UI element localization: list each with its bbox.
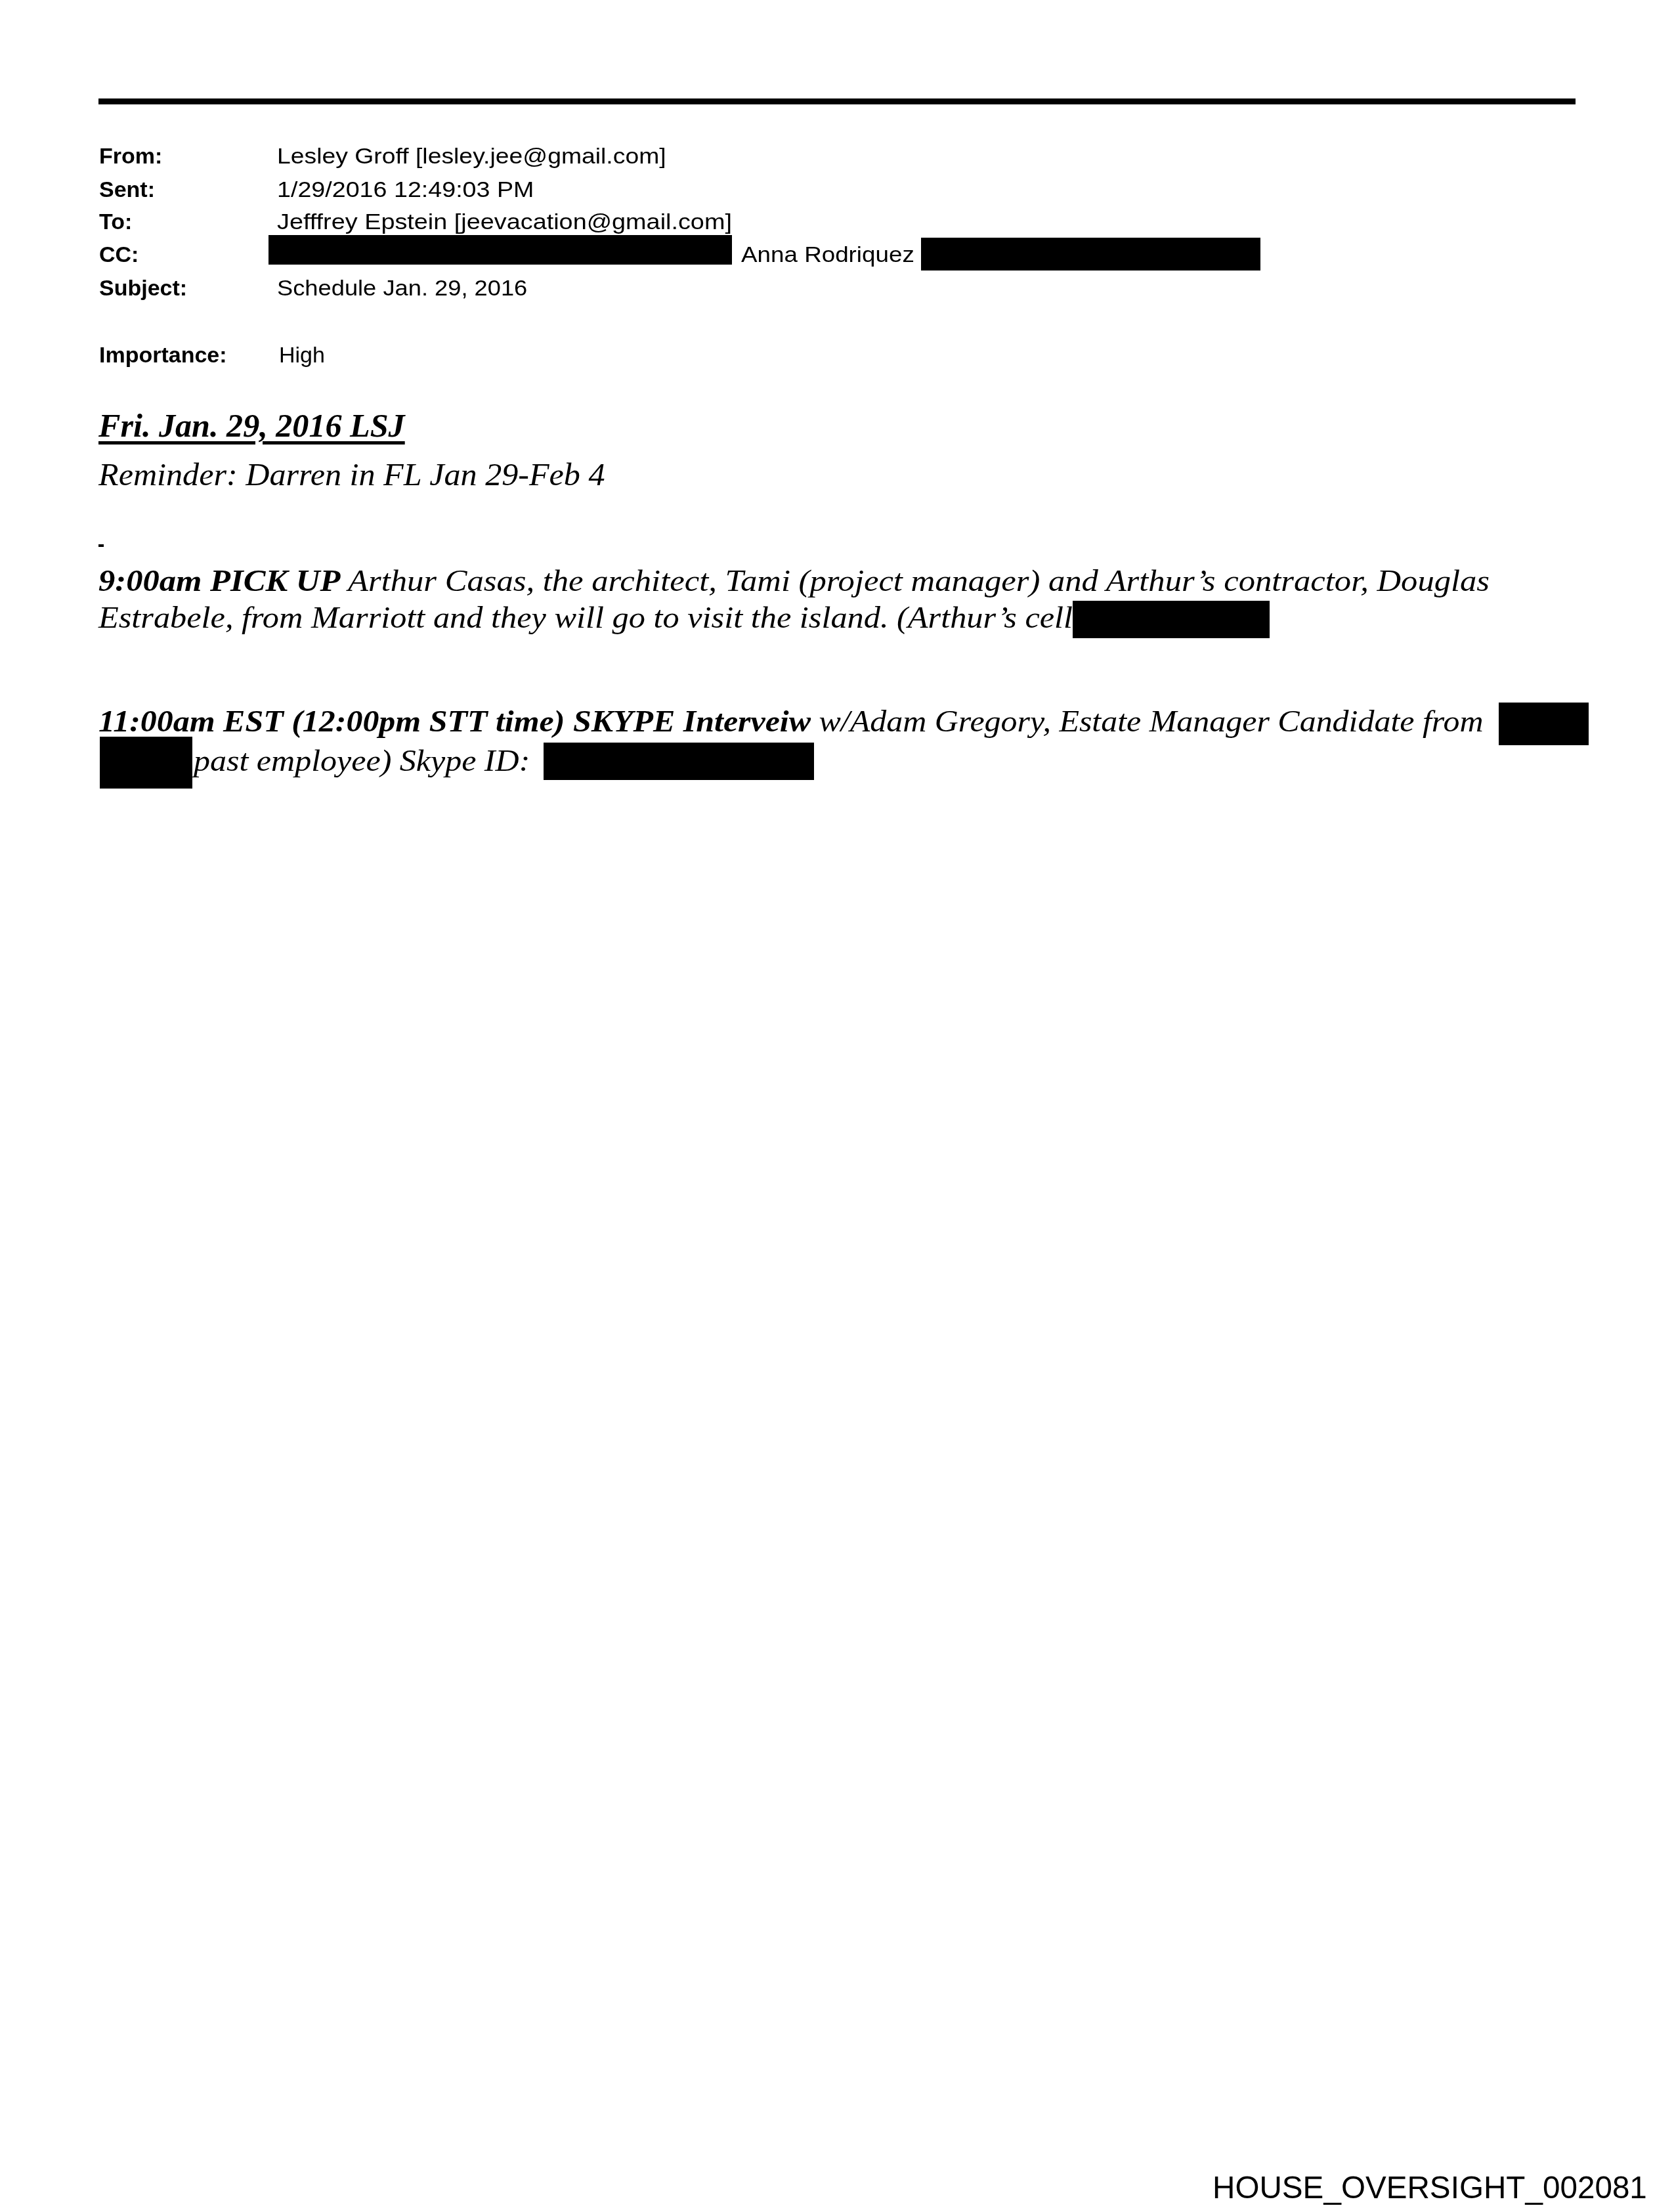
entry-pickup-desc: Arthur Casas, the architect, Tami (proje… <box>340 564 1490 597</box>
from-value: Lesley Groff [lesley.jee@gmail.com] <box>277 145 666 167</box>
sent-value: 1/29/2016 12:49:03 PM <box>277 179 534 201</box>
cc-visible-name: Anna Rodriquez <box>741 244 914 266</box>
entry-skype-desc: w/Adam Gregory, Estate Manager Candidate… <box>811 705 1483 738</box>
entry-pickup-time: 9:00am PICK UP <box>98 564 340 597</box>
reminder-line: Reminder: Darren in FL Jan 29-Feb 4 <box>98 460 605 491</box>
entry-pickup-line-2: Estrabele, from Marriott and they will g… <box>98 603 1073 633</box>
importance-label: Importance: <box>99 344 227 366</box>
document-page: From: Lesley Groff [lesley.jee@gmail.com… <box>0 0 1674 2212</box>
from-label: From: <box>99 145 162 167</box>
sent-label: Sent: <box>99 179 155 201</box>
subject-value: Schedule Jan. 29, 2016 <box>277 277 527 299</box>
to-value: Jefffrey Epstein [jeevacation@gmail.com] <box>277 211 732 233</box>
entry-skype-line-2: past employee) Skype ID: <box>194 746 530 776</box>
importance-value: High <box>279 344 325 366</box>
entry-skype-time: 11:00am EST (12:00pm STT time) SKYPE Int… <box>98 705 811 738</box>
cell-number-redaction <box>1073 601 1270 638</box>
entry-skype-line-1: 11:00am EST (12:00pm STT time) SKYPE Int… <box>98 706 1483 737</box>
bates-number: HOUSE_OVERSIGHT_002081 <box>1213 2172 1647 2204</box>
dash-marker <box>98 544 104 547</box>
cc-label: CC: <box>99 244 139 266</box>
employer-redaction-1 <box>1499 703 1589 745</box>
subject-label: Subject: <box>99 277 187 299</box>
to-label: To: <box>99 211 132 233</box>
schedule-heading: Fri. Jan. 29, 2016 LSJ <box>98 410 405 443</box>
skype-id-redaction <box>544 743 814 780</box>
entry-pickup-line-1: 9:00am PICK UP Arthur Casas, the archite… <box>98 566 1490 596</box>
header-rule <box>98 98 1576 104</box>
cc-redaction-2 <box>921 238 1260 271</box>
cc-redaction-1 <box>268 235 732 265</box>
employer-redaction-2 <box>100 737 192 789</box>
